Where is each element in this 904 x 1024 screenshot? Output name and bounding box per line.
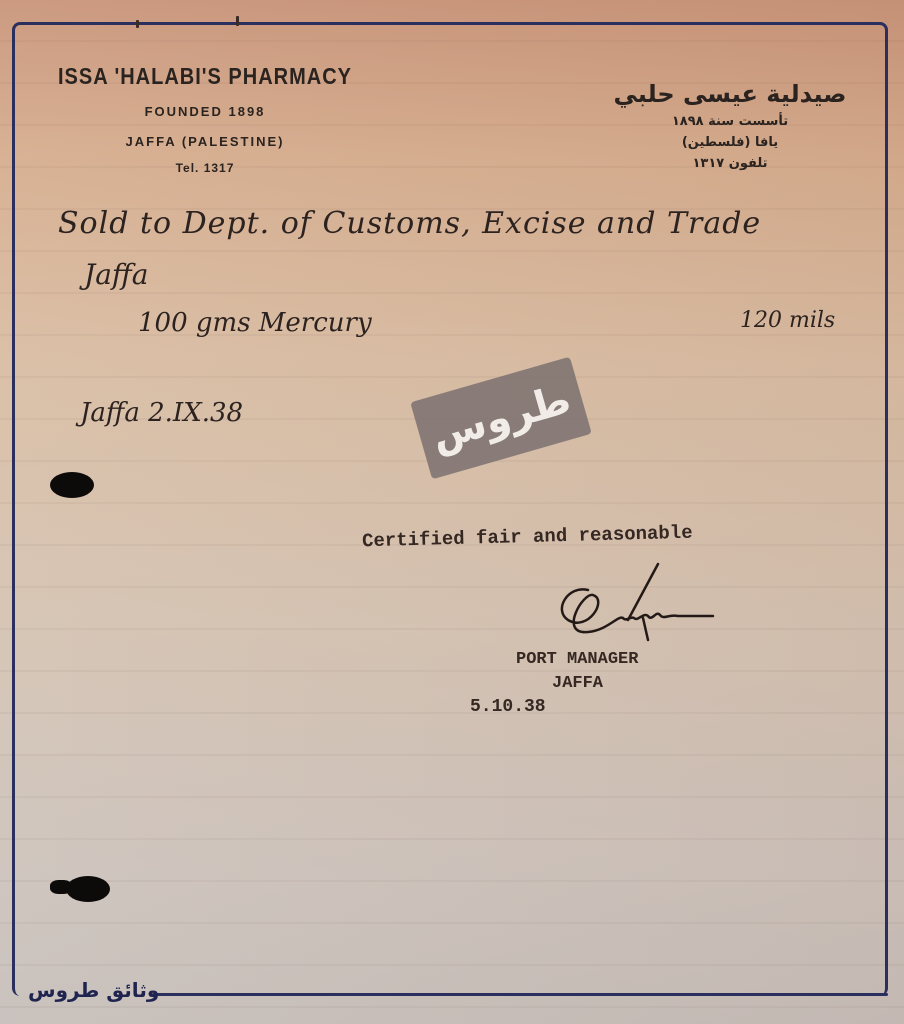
handwritten-place-date: Jaffa 2.IX.38 — [80, 398, 243, 428]
ink-blot — [66, 876, 110, 902]
handwritten-jaffa: Jaffa — [84, 258, 148, 291]
tel-line: Tel. 1317 — [40, 161, 370, 175]
founded-line: FOUNDED 1898 — [40, 104, 370, 119]
letterhead-arabic: صيدلية عيسى حلبي تأسست سنة ١٨٩٨ يافا (فل… — [610, 80, 850, 171]
footer-brand: وثائق طروس — [28, 978, 159, 1002]
handwritten-amount: 120 mils — [740, 308, 835, 333]
founded-line-ar: تأسست سنة ١٨٩٨ — [610, 114, 850, 129]
location-line: JAFFA (PALESTINE) — [40, 134, 370, 149]
ink-blot — [50, 880, 72, 894]
tel-line-ar: تلفون ١٣١٧ — [610, 156, 850, 171]
paper-speck — [236, 16, 239, 26]
handwritten-item: 100 gms Mercury — [138, 308, 372, 338]
signature-icon — [548, 560, 728, 660]
ink-blot — [50, 472, 94, 498]
letterhead-english: ISSA 'HALABI'S PHARMACY FOUNDED 1898 JAF… — [40, 66, 370, 175]
location-line-ar: يافا (فلسطين) — [610, 135, 850, 150]
pharmacy-name: ISSA 'HALABI'S PHARMACY — [40, 64, 370, 90]
handwritten-sold-to: Sold to Dept. of Customs, Excise and Tra… — [58, 206, 761, 241]
frame-bottom-rule — [152, 993, 888, 996]
paper-speck — [136, 20, 139, 28]
port-manager-location: JAFFA — [552, 674, 603, 693]
port-manager-title: PORT MANAGER — [516, 650, 638, 669]
certification-date: 5.10.38 — [470, 697, 546, 717]
pharmacy-name-ar: صيدلية عيسى حلبي — [610, 80, 850, 108]
